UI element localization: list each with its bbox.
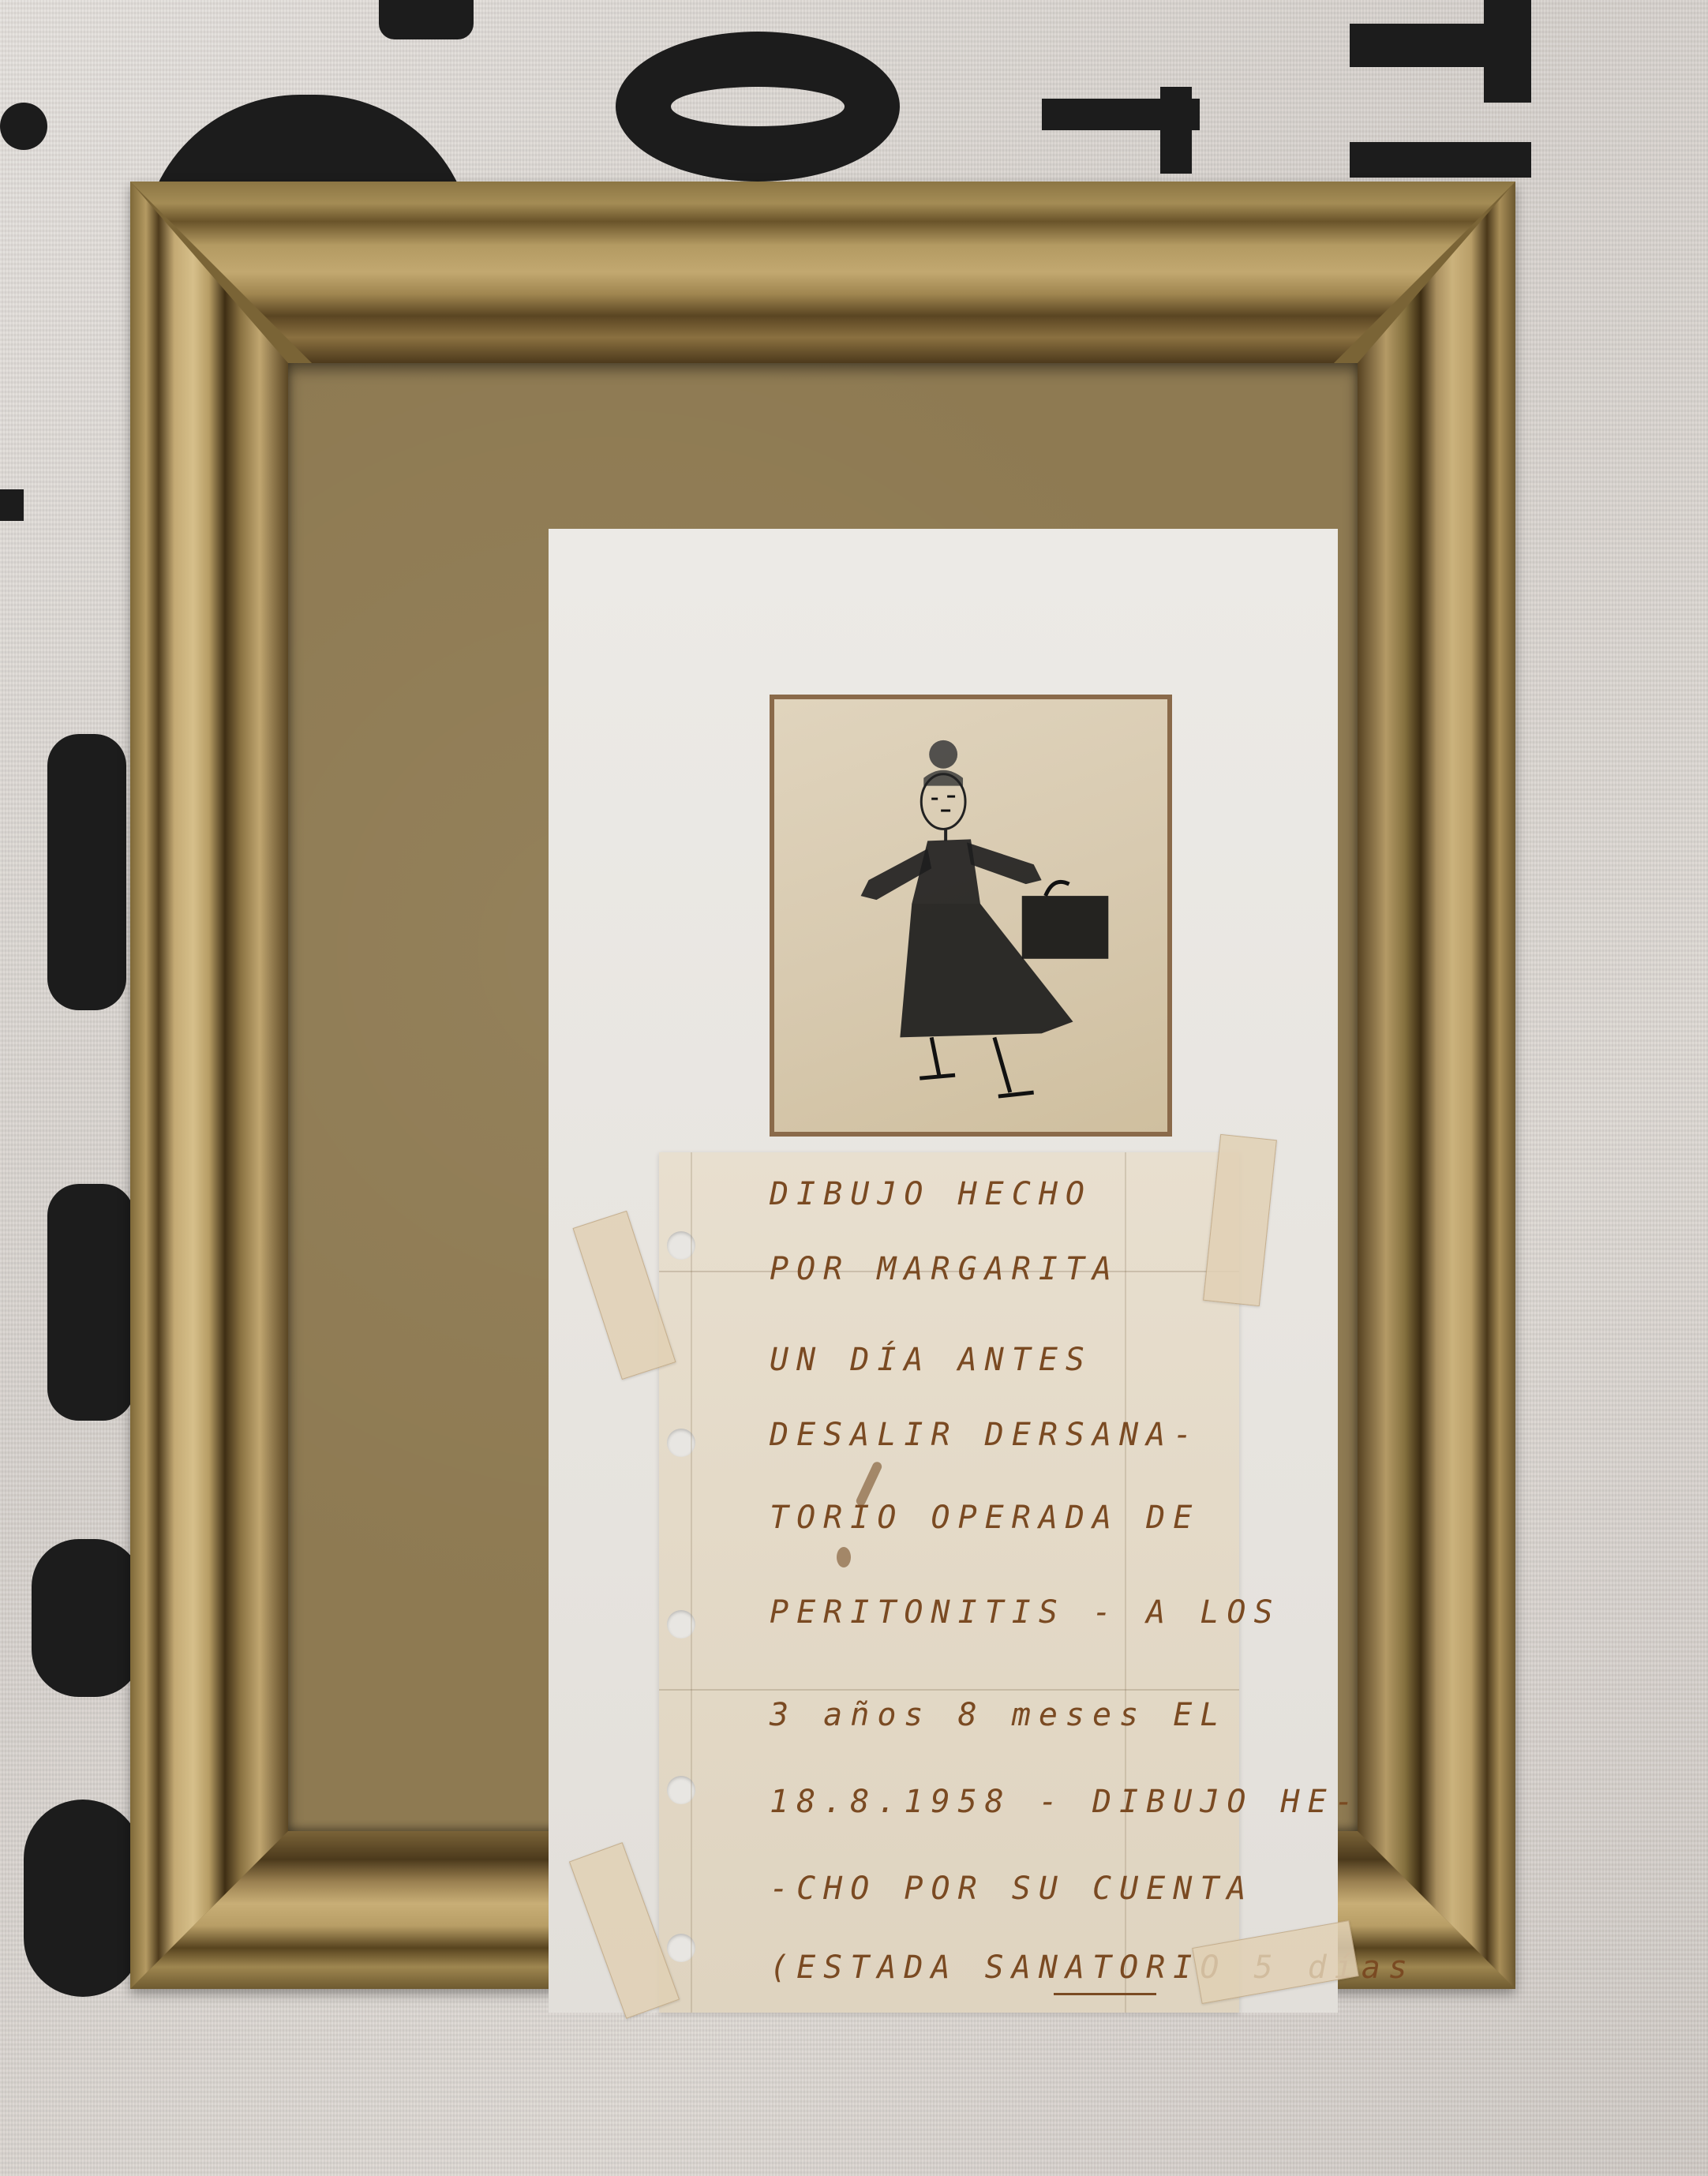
- handwritten-note: DIBUJO HECHO POR MARGARITA UN DÍA ANTES …: [659, 1152, 1239, 2013]
- underline: [1054, 1993, 1156, 1995]
- fabric-print-shape: [24, 1800, 142, 1997]
- stain: [837, 1547, 851, 1567]
- fabric-print-shape: [1350, 142, 1531, 178]
- frame-left-rail: [130, 182, 288, 1989]
- child-drawing: [770, 695, 1172, 1137]
- picture-frame: DIBUJO HECHO POR MARGARITA UN DÍA ANTES …: [130, 182, 1515, 1989]
- frame-mat: DIBUJO HECHO POR MARGARITA UN DÍA ANTES …: [288, 363, 1358, 1831]
- fabric-print-shape: [47, 1184, 134, 1421]
- fabric-print-shape: [47, 734, 126, 1010]
- note-line: 3 años 8 meses EL: [770, 1697, 1227, 1733]
- note-line: -CHO POR SU CUENTA: [770, 1871, 1253, 1907]
- fabric-print-shape: [379, 0, 474, 39]
- note-line: POR MARGARITA: [770, 1251, 1119, 1287]
- note-line: DESALIR DERSANA-: [770, 1417, 1200, 1453]
- note-line: DIBUJO HECHO: [770, 1176, 1092, 1212]
- fabric-print-shape: [1484, 0, 1531, 103]
- note-line: TORIO OPERADA DE: [770, 1500, 1200, 1536]
- note-line: 18.8.1958 - DIBUJO HE-: [770, 1784, 1362, 1820]
- note-line: PERITONITIS - A LOS: [770, 1594, 1281, 1631]
- note-line: UN DÍA ANTES: [770, 1342, 1092, 1378]
- fabric-print-shape: [0, 489, 24, 521]
- fabric-print-shape: [616, 32, 900, 182]
- frame-top-rail: [130, 182, 1515, 363]
- fabric-print-shape: [0, 103, 47, 150]
- fabric-print-shape: [32, 1539, 142, 1697]
- frame-right-rail: [1358, 182, 1515, 1989]
- girl-with-handbag-drawing: [774, 699, 1167, 1132]
- fabric-print-shape: [1160, 87, 1192, 174]
